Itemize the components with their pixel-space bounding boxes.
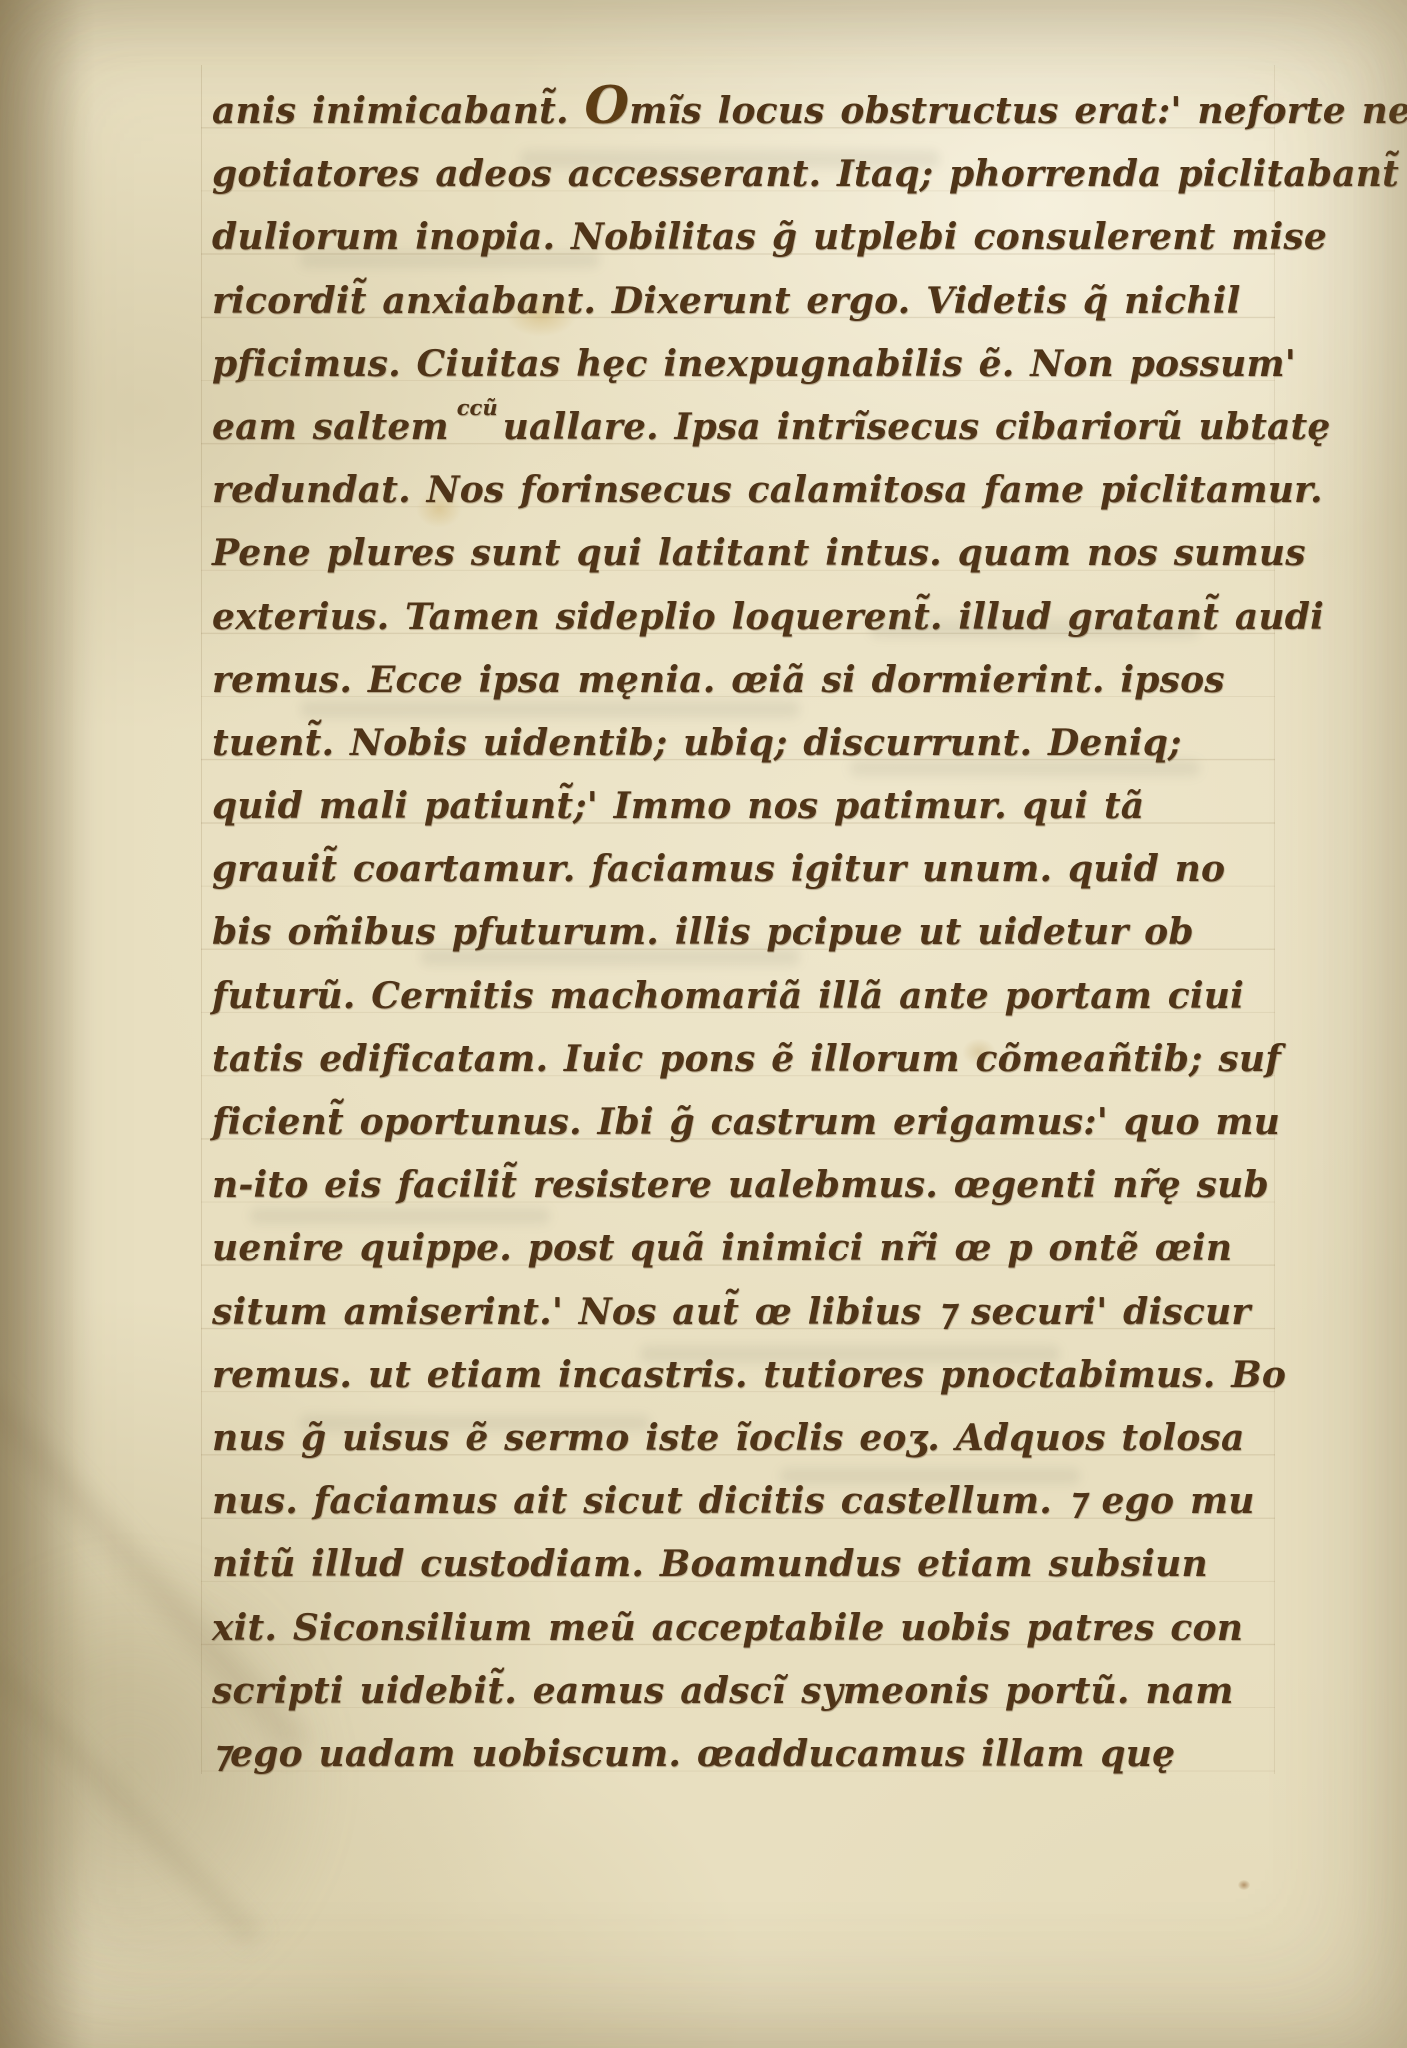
line-text: duliorum inopia. Nobilitas g̃ utplebi co… bbox=[212, 216, 1327, 258]
line-text: redundat. Nos forinsecus calamitosa fame… bbox=[212, 469, 1323, 511]
text-block: anis inimicabant̃. Omĩs locus obstructus… bbox=[212, 80, 1292, 1786]
line-text: mĩs locus obstructus erat:' neforte ne bbox=[629, 90, 1407, 132]
manuscript-line: futurũ. Cernitis machomariã illã ante po… bbox=[212, 965, 1292, 1028]
manuscript-line: redundat. Nos forinsecus calamitosa fame… bbox=[212, 459, 1292, 522]
line-text: nus g̃ uisus ẽ sermo iste ĩoclis eoʒ. Ad… bbox=[212, 1417, 1245, 1459]
manuscript-line: exterius. Tamen sideplio loquerent̃. ill… bbox=[212, 586, 1292, 649]
line-text: remus. ut etiam incastris. tutiores pnoc… bbox=[212, 1354, 1286, 1396]
manuscript-page: anis inimicabant̃. Omĩs locus obstructus… bbox=[0, 0, 1407, 2048]
manuscript-line: remus. Ecce ipsa męnia. œiã si dormierin… bbox=[212, 649, 1292, 712]
line-text: remus. Ecce ipsa męnia. œiã si dormierin… bbox=[212, 659, 1225, 701]
binding-gutter-shadow bbox=[0, 0, 95, 2048]
manuscript-line: duliorum inopia. Nobilitas g̃ utplebi co… bbox=[212, 206, 1292, 269]
line-text: tuent̃. Nobis uidentib; ubiq; discurrunt… bbox=[212, 722, 1182, 764]
manuscript-line: quid mali patiunt̃;' Immo nos patimur. q… bbox=[212, 775, 1292, 838]
manuscript-line: Pene plures sunt qui latitant intus. qua… bbox=[212, 522, 1292, 585]
line-text: xit. Siconsilium meũ acceptabile uobis p… bbox=[212, 1607, 1243, 1649]
manuscript-line: anis inimicabant̃. Omĩs locus obstructus… bbox=[212, 80, 1292, 143]
manuscript-line: tatis edificatam. Iuic pons ẽ illorum cõ… bbox=[212, 1028, 1292, 1091]
manuscript-line: bis om̃ibus pfuturum. illis pcipue ut ui… bbox=[212, 901, 1292, 964]
decorated-initial: O bbox=[584, 76, 629, 136]
line-text: situm amiserint.' Nos aut̃ œ libius ⁊ se… bbox=[212, 1291, 1251, 1333]
line-text: nus. faciamus ait sicut dicitis castellu… bbox=[212, 1480, 1255, 1522]
manuscript-line: n-ito eis facilit̃ resistere ualebmus. œ… bbox=[212, 1154, 1292, 1217]
line-text: quid mali patiunt̃;' Immo nos patimur. q… bbox=[212, 785, 1144, 827]
line-text: uallare. Ipsa intrĩsecus cibariorũ ubtat… bbox=[503, 406, 1331, 448]
manuscript-line: gotiatores adeos accesserant. Itaq; phor… bbox=[212, 143, 1292, 206]
manuscript-line: nus. faciamus ait sicut dicitis castellu… bbox=[212, 1470, 1292, 1533]
manuscript-line: situm amiserint.' Nos aut̃ œ libius ⁊ se… bbox=[212, 1281, 1292, 1344]
manuscript-line: pficimus. Ciuitas hęc inexpugnabilis ẽ. … bbox=[212, 333, 1292, 396]
manuscript-line: ficient̃ oportunus. Ibi g̃ castrum eriga… bbox=[212, 1091, 1292, 1154]
manuscript-line: scripti uidebit̃. eamus adscĩ symeonis p… bbox=[212, 1660, 1292, 1723]
manuscript-line: xit. Siconsilium meũ acceptabile uobis p… bbox=[212, 1597, 1292, 1660]
line-text: ficient̃ oportunus. Ibi g̃ castrum eriga… bbox=[212, 1101, 1280, 1143]
line-text: nitũ illud custodiam. Boamundus etiam su… bbox=[212, 1543, 1208, 1585]
line-text: grauit̃ coartamur. faciamus igitur unum.… bbox=[212, 848, 1225, 890]
manuscript-line: remus. ut etiam incastris. tutiores pnoc… bbox=[212, 1344, 1292, 1407]
line-text: n-ito eis facilit̃ resistere ualebmus. œ… bbox=[212, 1164, 1269, 1206]
manuscript-line: nitũ illud custodiam. Boamundus etiam su… bbox=[212, 1533, 1292, 1596]
manuscript-line: uenire quippe. post quã inimici nr̃i œ p… bbox=[212, 1217, 1292, 1280]
line-text: scripti uidebit̃. eamus adscĩ symeonis p… bbox=[212, 1670, 1234, 1712]
line-text: Pene plures sunt qui latitant intus. qua… bbox=[212, 532, 1306, 574]
parchment-speck bbox=[1238, 1880, 1250, 1890]
manuscript-line: tuent̃. Nobis uidentib; ubiq; discurrunt… bbox=[212, 712, 1292, 775]
line-text: exterius. Tamen sideplio loquerent̃. ill… bbox=[212, 596, 1324, 638]
line-text: pficimus. Ciuitas hęc inexpugnabilis ẽ. … bbox=[212, 343, 1296, 385]
line-text: ⁊ego uadam uobiscum. œadducamus illam qu… bbox=[212, 1733, 1175, 1775]
line-text: futurũ. Cernitis machomariã illã ante po… bbox=[212, 975, 1244, 1017]
manuscript-line: eam saltemccũuallare. Ipsa intrĩsecus ci… bbox=[212, 396, 1292, 459]
line-text: uenire quippe. post quã inimici nr̃i œ p… bbox=[212, 1227, 1232, 1269]
manuscript-line: ⁊ego uadam uobiscum. œadducamus illam qu… bbox=[212, 1723, 1292, 1786]
manuscript-line: ricordit̃ anxiabant. Dixerunt ergo. Vide… bbox=[212, 270, 1292, 333]
line-text: ricordit̃ anxiabant. Dixerunt ergo. Vide… bbox=[212, 280, 1240, 322]
line-text: bis om̃ibus pfuturum. illis pcipue ut ui… bbox=[212, 911, 1194, 953]
line-text: anis inimicabant̃. bbox=[212, 90, 584, 132]
line-text: gotiatores adeos accesserant. Itaq; phor… bbox=[212, 153, 1407, 195]
manuscript-line: grauit̃ coartamur. faciamus igitur unum.… bbox=[212, 838, 1292, 901]
line-text: eam saltem bbox=[212, 406, 449, 448]
line-text: tatis edificatam. Iuic pons ẽ illorum cõ… bbox=[212, 1038, 1281, 1080]
manuscript-line: nus g̃ uisus ẽ sermo iste ĩoclis eoʒ. Ad… bbox=[212, 1407, 1292, 1470]
